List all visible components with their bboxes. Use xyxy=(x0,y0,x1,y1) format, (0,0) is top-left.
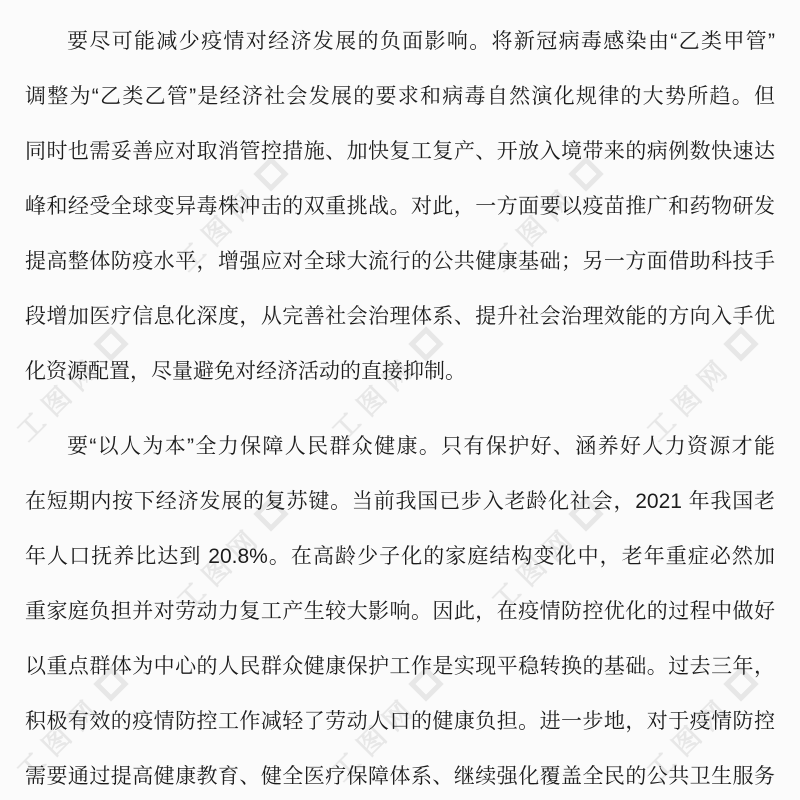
text-line: 调整为“乙类乙管”是经济社会发展的要求和病毒自然演化规律的大势所趋。但 xyxy=(25,69,775,124)
text-line: 化资源配置，尽量避免对经济活动的直接抑制。 xyxy=(25,344,775,399)
paragraph-1: 要尽可能减少疫情对经济发展的负面影响。将新冠病毒感染由“乙类甲管” 调整为“乙类… xyxy=(25,14,775,399)
text-line: 要尽可能减少疫情对经济发展的负面影响。将新冠病毒感染由“乙类甲管” xyxy=(25,14,775,69)
text-line: 段增加医疗信息化深度，从完善社会治理体系、提升社会治理效能的方向入手优 xyxy=(25,289,775,344)
text-line: 以重点群体为中心的人民群众健康保护工作是实现平稳转换的基础。过去三年， xyxy=(25,639,775,694)
text-line: 峰和经受全球变异毒株冲击的双重挑战。对此，一方面要以疫苗推广和药物研发 xyxy=(25,179,775,234)
text-line: 提高整体防疫水平，增强应对全球大流行的公共健康基础；另一方面借助科技手 xyxy=(25,234,775,289)
text-line: 同时也需妥善应对取消管控措施、加快复工复产、开放入境带来的病例数快速达 xyxy=(25,124,775,179)
text-line: 积极有效的疫情防控工作减轻了劳动人口的健康负担。进一步地，对于疫情防控 xyxy=(25,694,775,749)
document-page: 工图网 工图网 工图网 工图网 工图网 工图网 工图网 工图网 工图网 工图网 … xyxy=(0,0,800,800)
paragraph-2: 要“以人为本”全力保障人民群众健康。只有保护好、涵养好人力资源才能 在短期内按下… xyxy=(25,419,775,800)
text-line: 需要通过提高健康教育、健全医疗保障体系、继续强化覆盖全民的公共卫生服务 xyxy=(25,749,775,800)
text-line: 重家庭负担并对劳动力复工产生较大影响。因此，在疫情防控优化的过程中做好 xyxy=(25,584,775,639)
text-line: 年人口抚养比达到 20.8%。在高龄少子化的家庭结构变化中，老年重症必然加 xyxy=(25,529,775,584)
document-content: 要尽可能减少疫情对经济发展的负面影响。将新冠病毒感染由“乙类甲管” 调整为“乙类… xyxy=(0,0,800,800)
text-line: 在短期内按下经济发展的复苏键。当前我国已步入老龄化社会，2021 年我国老 xyxy=(25,474,775,529)
text-line: 要“以人为本”全力保障人民群众健康。只有保护好、涵养好人力资源才能 xyxy=(25,419,775,474)
